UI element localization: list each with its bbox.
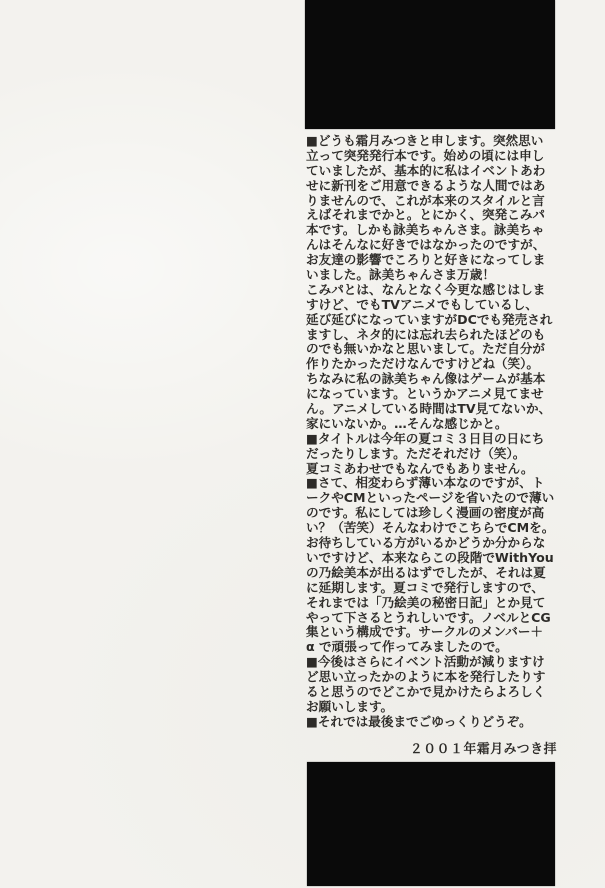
text-line: 家にいないか。…そんな感じかと。 xyxy=(306,417,560,432)
text-line: い？（苦笑）そんなわけでこちらでCMを。 xyxy=(306,521,560,536)
text-line: ていましたが、基本的に私はイベントあわ xyxy=(306,164,560,179)
text-line: ークやCMといったページを省いたので薄い xyxy=(306,491,560,506)
text-line: ■タイトルは今年の夏コミ３日目の日にち xyxy=(306,432,560,447)
text-line: になっています。というかアニメ見てませ xyxy=(306,387,560,402)
text-line: ■それでは最後までごゆっくりどうぞ。 xyxy=(306,715,560,730)
text-line: α で頑張って作ってみましたので。 xyxy=(306,640,560,655)
text-line: やって下さるとうれしいです。ノベルとCG xyxy=(306,611,560,626)
text-line: ど思い立ったかのように本を発行したりす xyxy=(306,670,560,685)
text-line: お待ちしている方がいるかどうか分からな xyxy=(306,536,560,551)
text-line: せに新刊をご用意できるような人間ではあ xyxy=(306,179,560,194)
text-line: すけど、でもTVアニメでもしているし、 xyxy=(306,298,560,313)
text-line: ■さて、相変わらず薄い本なのですが、ト xyxy=(306,476,560,491)
text-line: お願いします。 xyxy=(306,700,560,715)
text-line: こみパとは、なんとなく今更な感じはしま xyxy=(306,283,560,298)
signature-line: ２００１年霜月みつき拝 xyxy=(306,742,557,757)
bottom-black-panel xyxy=(307,762,555,886)
top-black-panel xyxy=(305,0,555,129)
text-line: のでも無いかなと思いまして。ただ自分が xyxy=(306,342,560,357)
text-line: ■今後はさらにイベント活動が減りますけ xyxy=(306,655,560,670)
text-line: えばそれまでかと。とにかく、突発こみパ xyxy=(306,208,560,223)
text-line: だったりします。ただそれだけ（笑）。 xyxy=(306,447,560,462)
text-line: 夏コミあわせでもなんでもありません。 xyxy=(306,462,560,477)
text-line: ちなみに私の詠美ちゃん像はゲームが基本 xyxy=(306,372,560,387)
afterword-text-block: ■どうも霜月みつきと申します。突然思い立って突発発行本です。始めの頃には申してい… xyxy=(306,134,560,730)
text-line: 本です。しかも詠美ちゃんさま。詠美ちゃ xyxy=(306,223,560,238)
text-line: んはそんなに好きではなかったのですが、 xyxy=(306,238,560,253)
text-line: りませんので、これが本来のスタイルと言 xyxy=(306,194,560,209)
text-line: いました。詠美ちゃんさま万歳！ xyxy=(306,268,560,283)
text-line: 集という構成です。サークルのメンバー＋ xyxy=(306,625,560,640)
text-line: 立って突発発行本です。始めの頃には申し xyxy=(306,149,560,164)
text-line: ると思うのでどこかで見かけたらよろしく xyxy=(306,685,560,700)
text-line: 作りたかっただけなんですけどね（笑）。 xyxy=(306,357,560,372)
text-line: いですけど、本来ならこの段階でWithYou xyxy=(306,551,560,566)
text-line: お友達の影響でころりと好きになってしま xyxy=(306,253,560,268)
text-line: に延期します。夏コミで発行しますので、 xyxy=(306,581,560,596)
text-line: ■どうも霜月みつきと申します。突然思い xyxy=(306,134,560,149)
text-line: 延び延びになっていますがDCでも発売され xyxy=(306,313,560,328)
text-line: のです。私にしては珍しく漫画の密度が高 xyxy=(306,506,560,521)
scanned-afterword-page: ■どうも霜月みつきと申します。突然思い立って突発発行本です。始めの頃には申してい… xyxy=(0,0,605,888)
text-line: の乃絵美本が出るはずでしたが、それは夏 xyxy=(306,566,560,581)
text-line: それまでは「乃絵美の秘密日記」とか見て xyxy=(306,596,560,611)
text-line: ん。アニメしている時間はTV見てないか、 xyxy=(306,402,560,417)
text-line: ますし、ネタ的には忘れ去られたほどのも xyxy=(306,328,560,343)
